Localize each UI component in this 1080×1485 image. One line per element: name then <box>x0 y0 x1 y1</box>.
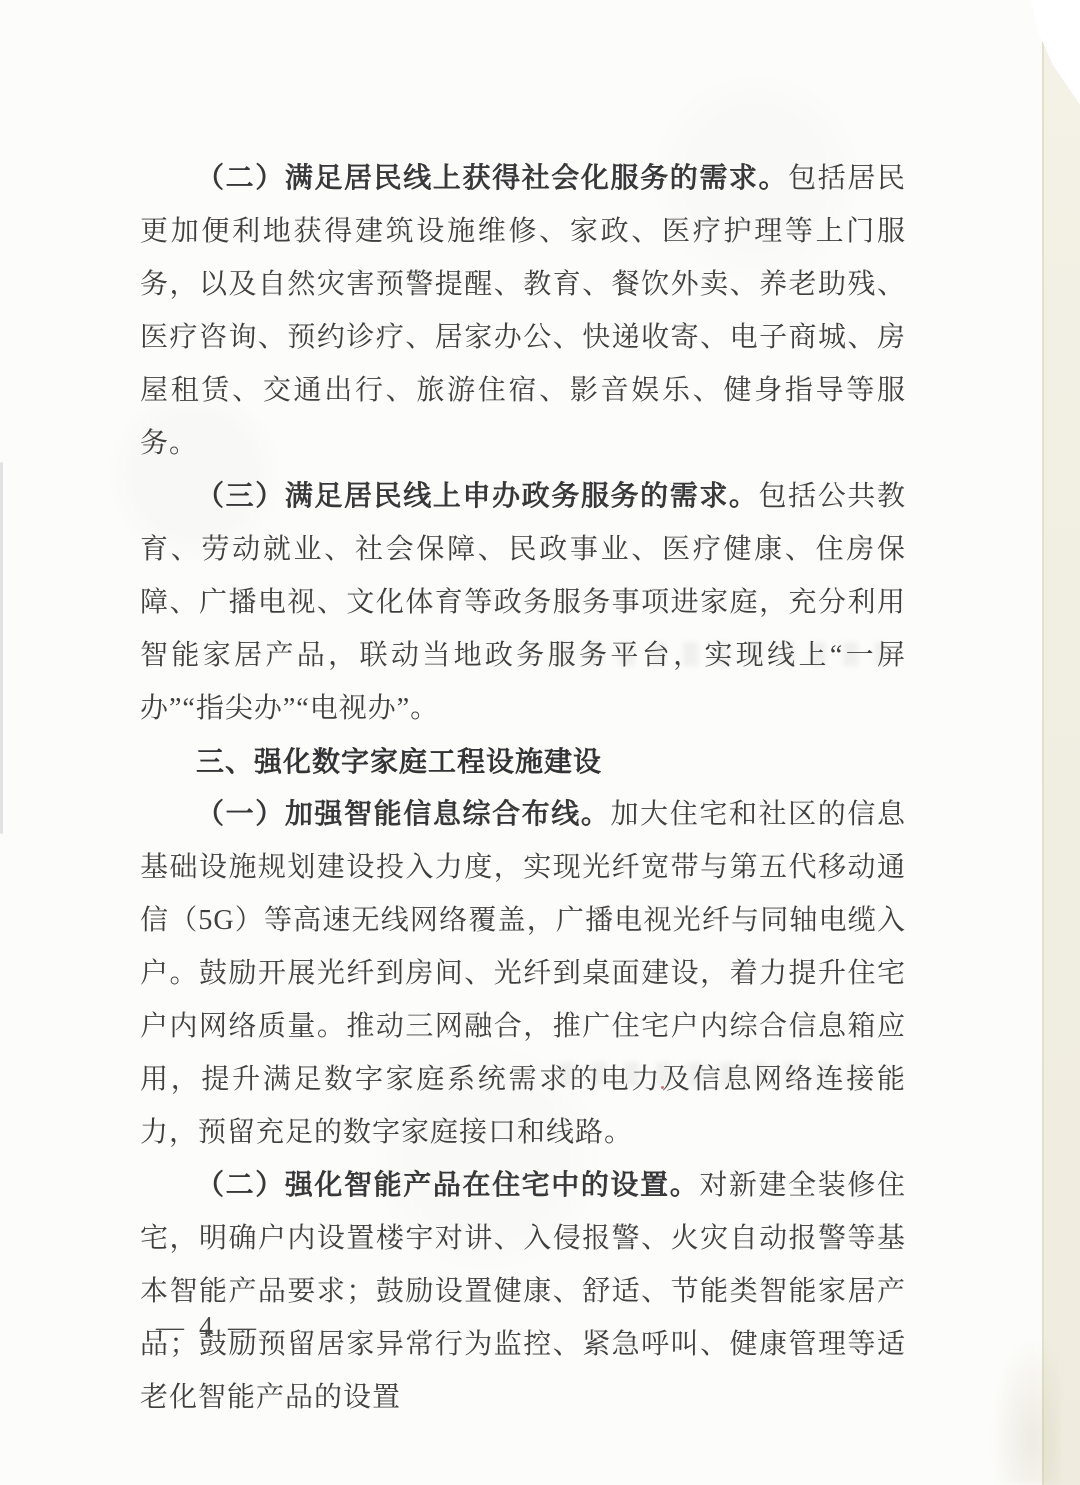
paragraph-lead: （一）加强智能信息综合布线。 <box>196 799 611 830</box>
page-number: — 4 — <box>156 1312 260 1344</box>
paragraph-body: 包括公共教育、劳动就业、社会保障、民政事业、医疗健康、住房保障、广播电视、文化体… <box>140 481 906 724</box>
paragraph-smart-products: （二）强化智能产品在住宅中的设置。对新建全装修住宅，明确户内设置楼宇对讲、入侵报… <box>140 1159 906 1424</box>
paragraph-smart-wiring: （一）加强智能信息综合布线。加大住宅和社区的信息基础设施规划建设投入力度，实现光… <box>140 788 906 1159</box>
paragraph-lead: （三）满足居民线上申办政务服务的需求。 <box>196 481 759 512</box>
page-right-edge-band <box>1042 0 1080 1485</box>
paragraph-lead: （二）满足居民线上获得社会化服务的需求。 <box>196 163 788 194</box>
document-text-column: （二）满足居民线上获得社会化服务的需求。包括居民更加便利地获得建筑设施维修、家政… <box>140 152 906 1424</box>
scanned-document-page: （二）满足居民线上获得社会化服务的需求。包括居民更加便利地获得建筑设施维修、家政… <box>0 0 1080 1485</box>
paragraph-social-services: （二）满足居民线上获得社会化服务的需求。包括居民更加便利地获得建筑设施维修、家政… <box>140 152 906 470</box>
left-edge-scan-line <box>0 462 3 834</box>
section-heading: 三、强化数字家庭工程设施建设 <box>140 735 906 788</box>
paragraph-government-services: （三）满足居民线上申办政务服务的需求。包括公共教育、劳动就业、社会保障、民政事业… <box>140 470 906 735</box>
paragraph-lead: （二）强化智能产品在住宅中的设置。 <box>196 1170 699 1201</box>
paragraph-body: 对新建全装修住宅，明确户内设置楼宇对讲、入侵报警、火灾自动报警等基本智能产品要求… <box>140 1170 906 1413</box>
scan-texture-artifact <box>990 1335 1060 1485</box>
paragraph-body: 包括居民更加便利地获得建筑设施维修、家政、医疗护理等上门服务，以及自然灾害预警提… <box>140 163 906 459</box>
paragraph-body: 加大住宅和社区的信息基础设施规划建设投入力度，实现光纤宽带与第五代移动通信（5G… <box>140 799 906 1148</box>
